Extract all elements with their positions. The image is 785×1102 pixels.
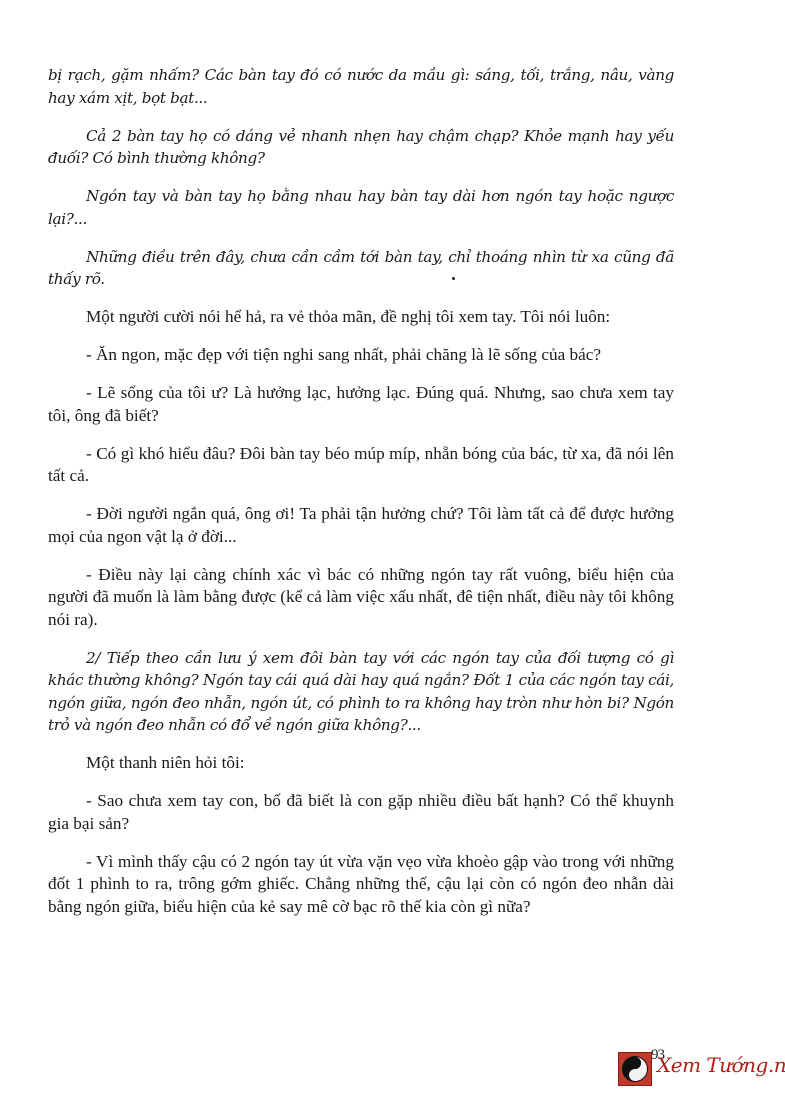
dialogue-line: - Đời người ngắn quá, ông ơi! Ta phải tậ… [48, 503, 674, 548]
paragraph: Cả 2 bàn tay họ có dáng vẻ nhanh nhẹn ha… [48, 125, 674, 170]
speck-mark [452, 277, 455, 280]
paragraph: Ngón tay và bàn tay họ bằng nhau hay bàn… [48, 185, 674, 230]
dialogue-line: - Điều này lại càng chính xác vì bác có … [48, 564, 674, 632]
document-page: bị rạch, gặm nhấm? Các bàn tay đó có nướ… [48, 64, 674, 934]
section-paragraph: 2/ Tiếp theo cần lưu ý xem đôi bàn tay v… [48, 647, 674, 737]
watermark-logo [618, 1052, 652, 1086]
watermark-text: Xem Tướng.net [657, 1053, 785, 1077]
dialogue-line: - Sao chưa xem tay con, bố đã biết là co… [48, 790, 674, 835]
yin-yang-icon [622, 1056, 648, 1082]
dialogue-line: - Ăn ngon, mặc đẹp với tiện nghi sang nh… [48, 344, 674, 367]
paragraph: bị rạch, gặm nhấm? Các bàn tay đó có nướ… [48, 64, 674, 109]
paragraph: Một thanh niên hỏi tôi: [48, 752, 674, 775]
dialogue-line: - Lẽ sống của tôi ư? Là hưởng lạc, hưởng… [48, 382, 674, 427]
paragraph: Những điều trên đây, chưa cần cầm tới bà… [48, 246, 674, 291]
dialogue-line: - Có gì khó hiểu đâu? Đôi bàn tay béo mú… [48, 443, 674, 488]
paragraph: Một người cười nói hể hả, ra vẻ thỏa mãn… [48, 306, 674, 329]
dialogue-line: - Vì mình thấy cậu có 2 ngón tay út vừa … [48, 851, 674, 919]
page-footer: 93 Xem Tướng.net [615, 1049, 785, 1085]
